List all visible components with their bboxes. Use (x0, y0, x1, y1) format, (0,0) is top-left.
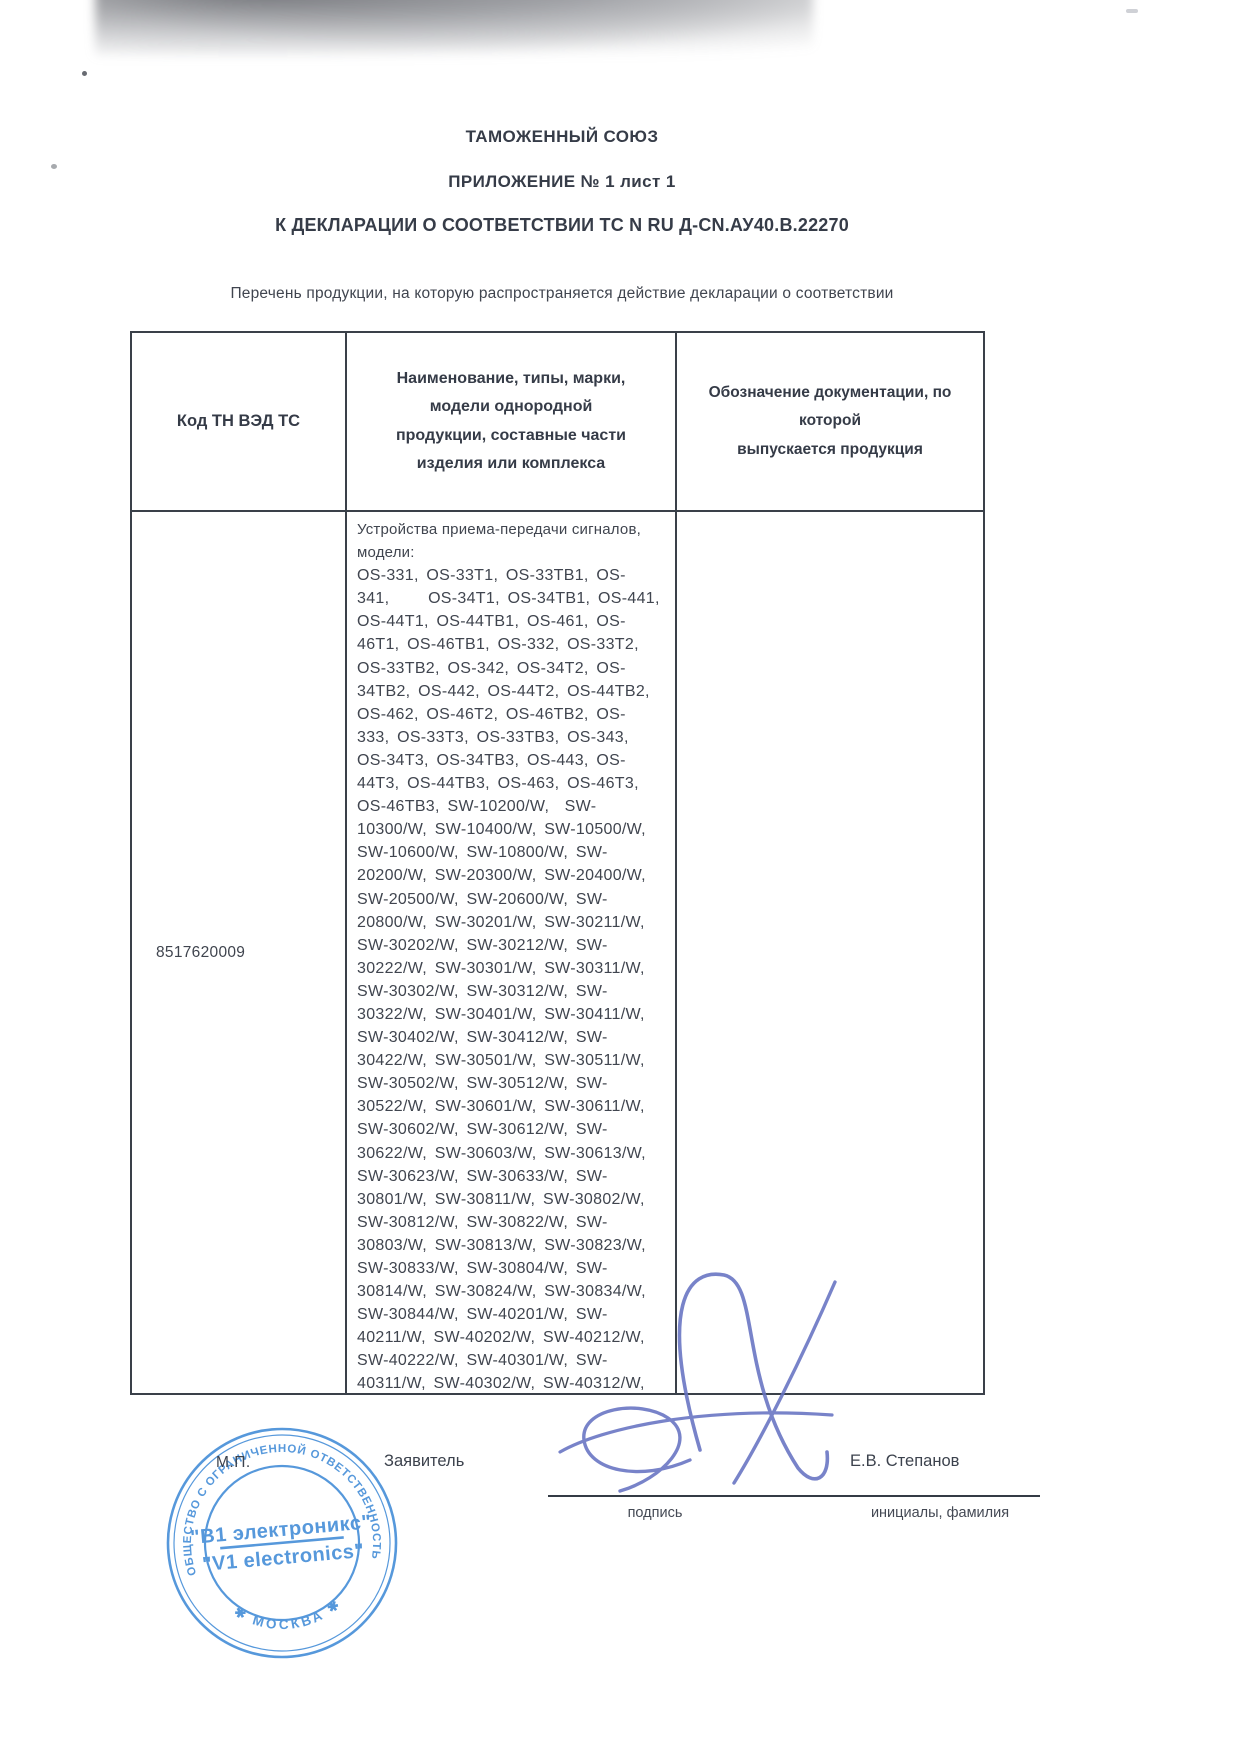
col-header-docs: Обозначение документации, по которой вып… (677, 333, 983, 510)
scan-speck (82, 71, 87, 76)
document-page: ТАМОЖЕННЫЙ СОЮЗ ПРИЛОЖЕНИЕ № 1 лист 1 К … (0, 0, 1240, 1754)
stamp-place-label: М.П. (216, 1454, 251, 1472)
stamp-city-text: ✱ МОСКВА ✱ (230, 1595, 346, 1637)
signature-image (540, 1258, 860, 1538)
name-caption: инициалы, фамилия (835, 1505, 1045, 1521)
products-table: Код ТН ВЭД ТС Наименование, типы, марки,… (130, 331, 985, 1395)
col-header-name: Наименование, типы, марки, модели одноро… (347, 333, 675, 510)
company-stamp: ОБЩЕСТВО С ОГРАНИЧЕННОЙ ОТВЕТСТВЕННОСТЬЮ… (158, 1419, 410, 1671)
cell-tnved-code: 8517620009 (132, 512, 345, 1393)
doc-subtitle-product-list: Перечень продукции, на которую распростр… (0, 285, 1124, 303)
svg-text:✱ МОСКВА ✱: ✱ МОСКВА ✱ (230, 1595, 346, 1637)
col-header-code: Код ТН ВЭД ТС (132, 333, 345, 510)
doc-title-annex: ПРИЛОЖЕНИЕ № 1 лист 1 (0, 172, 1124, 192)
doc-title-customs-union: ТАМОЖЕННЫЙ СОЮЗ (0, 127, 1124, 147)
doc-title-declaration-number: К ДЕКЛАРАЦИИ О СООТВЕТСТВИИ ТС N RU Д-CN… (0, 215, 1124, 236)
scan-smudge (95, 0, 813, 56)
scan-speck (51, 164, 57, 169)
signatory-name: Е.В. Степанов (850, 1452, 959, 1471)
tnved-code-value: 8517620009 (156, 944, 245, 962)
scan-speck (1126, 9, 1138, 13)
product-description: Устройства приема-передачи сигналов, мод… (357, 518, 669, 564)
